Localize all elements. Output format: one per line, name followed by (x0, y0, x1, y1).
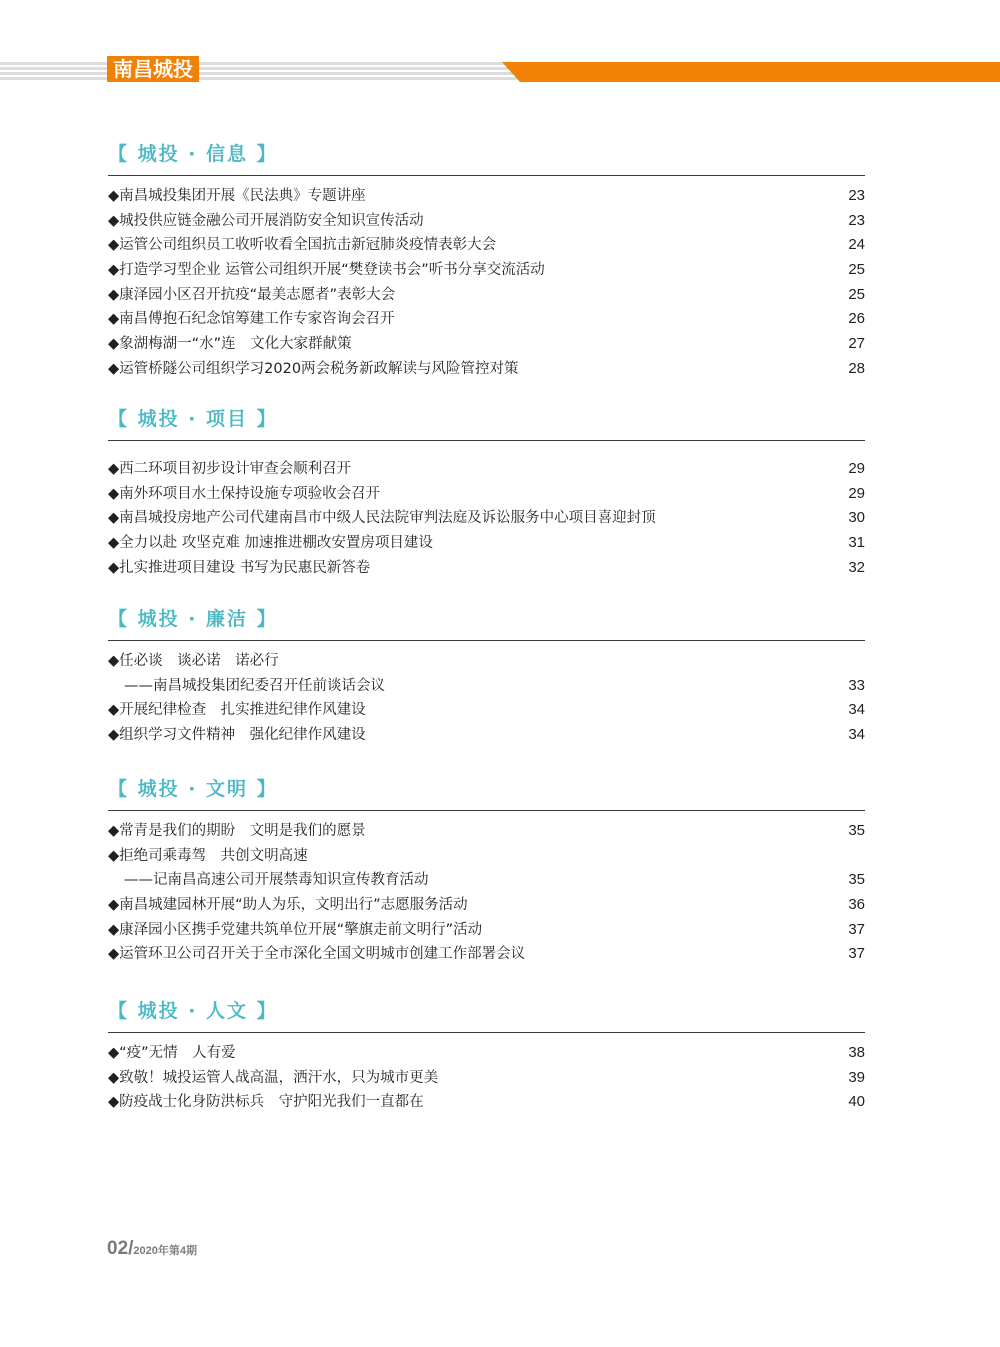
entry-title: ◆常青是我们的期盼 文明是我们的愿景 (108, 819, 366, 844)
toc-section: 【 城投 · 人文 】◆“疫”无情 人有爱38◆致敬！城投运管人战高温，洒汗水，… (108, 998, 865, 1115)
entry-title: ◆全力以赴 攻坚克难 加速推进棚改安置房项目建设 (108, 531, 433, 556)
toc-entry[interactable]: ◆南外环项目水土保持设施专项验收会召开29 (108, 482, 865, 507)
entry-page-number: 31 (848, 531, 865, 556)
toc-entry[interactable]: ◆拒绝司乘毒驾 共创文明高速 (108, 844, 865, 869)
entry-title: ◆南昌城建园林开展“助人为乐，文明出行”志愿服务活动 (108, 893, 468, 918)
toc-entry[interactable]: ◆任必谈 谈必诺 诺必行 (108, 649, 865, 674)
entry-list: ◆任必谈 谈必诺 诺必行——南昌城投集团纪委召开任前谈话会议33◆开展纪律检查 … (108, 649, 865, 748)
toc-entry[interactable]: ◆运管公司组织员工收听收看全国抗击新冠肺炎疫情表彰大会24 (108, 233, 865, 258)
toc-entry[interactable]: ◆组织学习文件精神 强化纪律作风建设34 (108, 723, 865, 748)
entry-page-number: 32 (848, 556, 865, 581)
toc-entry[interactable]: ◆“疫”无情 人有爱38 (108, 1041, 865, 1066)
entry-title: ◆打造学习型企业 运管公司组织开展“樊登读书会”听书分享交流活动 (108, 258, 545, 283)
entry-list: ◆西二环项目初步设计审查会顺利召开29◆南外环项目水土保持设施专项验收会召开29… (108, 457, 865, 580)
toc-section: 【 城投 · 信息 】◆南昌城投集团开展《民法典》专题讲座23◆城投供应链金融公… (108, 141, 865, 382)
page-number: 02/ (107, 1238, 133, 1259)
toc-section: 【 城投 · 项目 】◆西二环项目初步设计审查会顺利召开29◆南外环项目水土保持… (108, 406, 865, 580)
toc-entry[interactable]: ◆城投供应链金融公司开展消防安全知识宣传活动23 (108, 209, 865, 234)
toc-entry[interactable]: ◆全力以赴 攻坚克难 加速推进棚改安置房项目建设31 (108, 531, 865, 556)
entry-page-number: 24 (848, 233, 865, 258)
toc-entry[interactable]: ◆扎实推进项目建设 书写为民惠民新答卷32 (108, 556, 865, 581)
entry-page-number: 37 (848, 942, 865, 967)
toc-entry[interactable]: ◆象湖梅湖一“水”连 文化大家群献策27 (108, 332, 865, 357)
entry-title: ◆运管环卫公司召开关于全市深化全国文明城市创建工作部署会议 (108, 942, 525, 967)
entry-title: ◆防疫战士化身防洪标兵 守护阳光我们一直都在 (108, 1090, 424, 1115)
entry-page-number: 33 (848, 674, 865, 699)
entry-title: ◆任必谈 谈必诺 诺必行 (108, 649, 279, 674)
entry-page-number: 25 (848, 283, 865, 308)
toc-entry[interactable]: ——记南昌高速公司开展禁毒知识宣传教育活动35 (108, 868, 865, 893)
toc-entry[interactable]: ◆南昌城投房地产公司代建南昌市中级人民法院审判法庭及诉讼服务中心项目喜迎封顶30 (108, 506, 865, 531)
entry-title: ◆南昌城投集团开展《民法典》专题讲座 (108, 184, 366, 209)
entry-title: ◆康泽园小区携手党建共筑单位开展“擎旗走前文明行”活动 (108, 918, 482, 943)
entry-page-number: 36 (848, 893, 865, 918)
entry-page-number: 27 (848, 332, 865, 357)
section-divider (108, 810, 865, 811)
entry-page-number: 28 (848, 357, 865, 382)
entry-title: ◆南昌城投房地产公司代建南昌市中级人民法院审判法庭及诉讼服务中心项目喜迎封顶 (108, 506, 656, 531)
entry-page-number: 34 (848, 698, 865, 723)
entry-page-number: 23 (848, 209, 865, 234)
issue-label: 2020年第4期 (133, 1245, 197, 1257)
entry-page-number: 35 (848, 868, 865, 893)
entry-title: ◆康泽园小区召开抗疫“最美志愿者”表彰大会 (108, 283, 395, 308)
entry-page-number: 30 (848, 506, 865, 531)
entry-title: ◆南外环项目水土保持设施专项验收会召开 (108, 482, 380, 507)
entry-title: ◆组织学习文件精神 强化纪律作风建设 (108, 723, 366, 748)
section-title: 【 城投 · 信息 】 (108, 141, 865, 167)
toc-entry[interactable]: ◆开展纪律检查 扎实推进纪律作风建设34 (108, 698, 865, 723)
entry-title: ◆拒绝司乘毒驾 共创文明高速 (108, 844, 308, 869)
entry-page-number: 37 (848, 918, 865, 943)
entry-title: ◆西二环项目初步设计审查会顺利召开 (108, 457, 351, 482)
toc-entry[interactable]: ——南昌城投集团纪委召开任前谈话会议33 (108, 674, 865, 699)
entry-page-number: 38 (848, 1041, 865, 1066)
section-divider (108, 175, 865, 176)
section-title: 【 城投 · 项目 】 (108, 406, 865, 432)
entry-title: ◆致敬！城投运管人战高温，洒汗水，只为城市更美 (108, 1066, 438, 1091)
entry-page-number: 39 (848, 1066, 865, 1091)
section-title: 【 城投 · 人文 】 (108, 998, 865, 1024)
brand-logo: 南昌城投 (107, 56, 199, 82)
toc-entry[interactable]: ◆打造学习型企业 运管公司组织开展“樊登读书会”听书分享交流活动25 (108, 258, 865, 283)
entry-page-number: 23 (848, 184, 865, 209)
section-title: 【 城投 · 文明 】 (108, 776, 865, 802)
entry-list: ◆南昌城投集团开展《民法典》专题讲座23◆城投供应链金融公司开展消防安全知识宣传… (108, 184, 865, 382)
toc-entry[interactable]: ◆西二环项目初步设计审查会顺利召开29 (108, 457, 865, 482)
toc-entry[interactable]: ◆南昌傅抱石纪念馆筹建工作专家咨询会召开26 (108, 307, 865, 332)
section-divider (108, 440, 865, 441)
entry-title: ◆扎实推进项目建设 书写为民惠民新答卷 (108, 556, 370, 581)
entry-page-number: 26 (848, 307, 865, 332)
toc-entry[interactable]: ◆南昌城投集团开展《民法典》专题讲座23 (108, 184, 865, 209)
entry-list: ◆“疫”无情 人有爱38◆致敬！城投运管人战高温，洒汗水，只为城市更美39◆防疫… (108, 1041, 865, 1115)
entry-page-number: 29 (848, 482, 865, 507)
entry-title: ◆南昌傅抱石纪念馆筹建工作专家咨询会召开 (108, 307, 395, 332)
entry-title: ◆象湖梅湖一“水”连 文化大家群献策 (108, 332, 352, 357)
section-divider (108, 640, 865, 641)
entry-page-number: 34 (848, 723, 865, 748)
entry-title: ◆开展纪律检查 扎实推进纪律作风建设 (108, 698, 366, 723)
entry-page-number: 29 (848, 457, 865, 482)
page-footer: 02/2020年第4期 (107, 1238, 197, 1260)
toc-entry[interactable]: ◆运管环卫公司召开关于全市深化全国文明城市创建工作部署会议37 (108, 942, 865, 967)
toc-entry[interactable]: ◆康泽园小区召开抗疫“最美志愿者”表彰大会25 (108, 283, 865, 308)
entry-list: ◆常青是我们的期盼 文明是我们的愿景35◆拒绝司乘毒驾 共创文明高速——记南昌高… (108, 819, 865, 967)
toc-entry[interactable]: ◆运管桥隧公司组织学习2020两会税务新政解读与风险管控对策28 (108, 357, 865, 382)
entry-title: ◆运管公司组织员工收听收看全国抗击新冠肺炎疫情表彰大会 (108, 233, 496, 258)
header-orange-band (502, 62, 1000, 82)
section-title: 【 城投 · 廉洁 】 (108, 606, 865, 632)
toc-entry[interactable]: ◆致敬！城投运管人战高温，洒汗水，只为城市更美39 (108, 1066, 865, 1091)
toc-entry[interactable]: ◆常青是我们的期盼 文明是我们的愿景35 (108, 819, 865, 844)
header-stripes (0, 62, 540, 82)
entry-page-number: 40 (848, 1090, 865, 1115)
toc-entry[interactable]: ◆南昌城建园林开展“助人为乐，文明出行”志愿服务活动36 (108, 893, 865, 918)
entry-title: ——南昌城投集团纪委召开任前谈话会议 (108, 674, 385, 699)
section-divider (108, 1032, 865, 1033)
entry-title: ——记南昌高速公司开展禁毒知识宣传教育活动 (108, 868, 429, 893)
entry-page-number: 25 (848, 258, 865, 283)
toc-section: 【 城投 · 文明 】◆常青是我们的期盼 文明是我们的愿景35◆拒绝司乘毒驾 共… (108, 776, 865, 967)
entry-title: ◆城投供应链金融公司开展消防安全知识宣传活动 (108, 209, 424, 234)
toc-entry[interactable]: ◆防疫战士化身防洪标兵 守护阳光我们一直都在40 (108, 1090, 865, 1115)
toc-section: 【 城投 · 廉洁 】◆任必谈 谈必诺 诺必行——南昌城投集团纪委召开任前谈话会… (108, 606, 865, 748)
entry-title: ◆“疫”无情 人有爱 (108, 1041, 236, 1066)
entry-title: ◆运管桥隧公司组织学习2020两会税务新政解读与风险管控对策 (108, 357, 519, 382)
toc-entry[interactable]: ◆康泽园小区携手党建共筑单位开展“擎旗走前文明行”活动37 (108, 918, 865, 943)
entry-page-number: 35 (848, 819, 865, 844)
